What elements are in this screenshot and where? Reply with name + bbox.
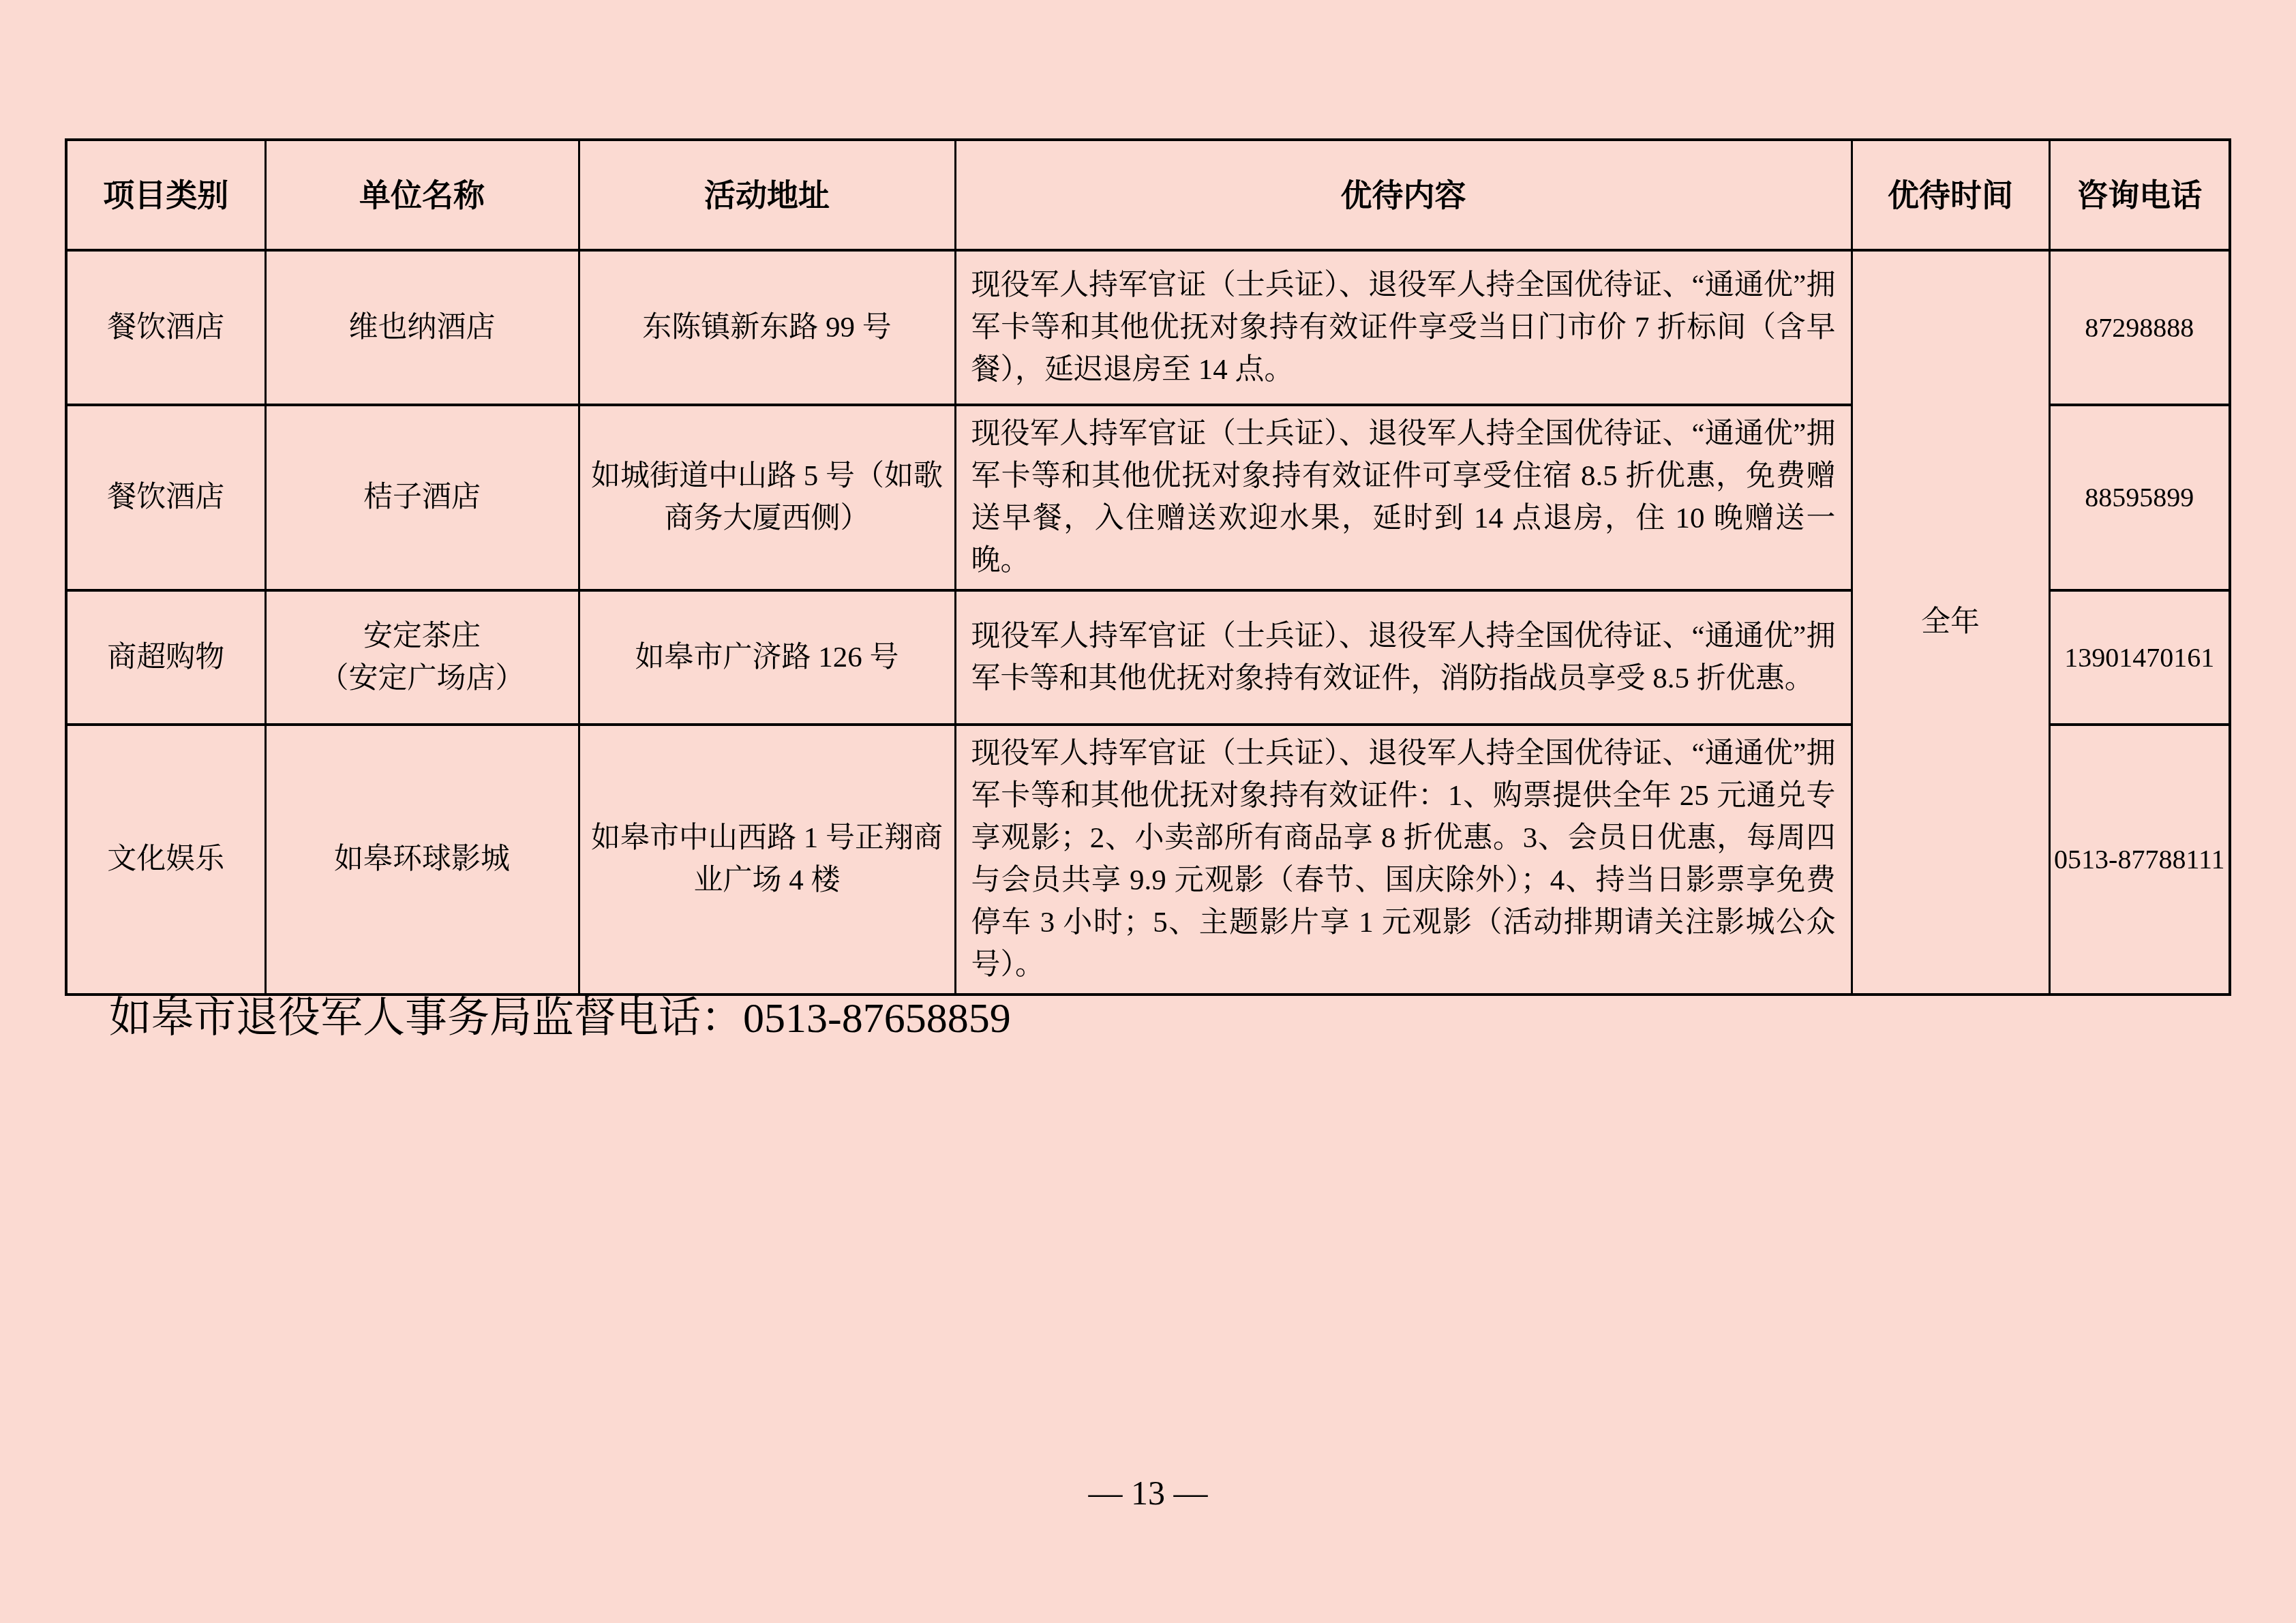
cell-phone: 88595899	[2049, 405, 2230, 590]
header-phone: 咨询电话	[2049, 140, 2230, 250]
header-benefit: 优待内容	[955, 140, 1852, 250]
cell-unit-name: 维也纳酒店	[265, 250, 579, 405]
benefits-table: 项目类别 单位名称 活动地址 优待内容 优待时间 咨询电话 餐饮酒店 维也纳酒店…	[65, 138, 2231, 996]
cell-benefit: 现役军人持军官证（士兵证）、退役军人持全国优待证、“通通优”拥军卡等和其他优抚对…	[955, 725, 1852, 995]
cell-unit-name: 桔子酒店	[265, 405, 579, 590]
cell-phone: 13901470161	[2049, 590, 2230, 725]
cell-address: 东陈镇新东路 99 号	[579, 250, 955, 405]
unit-name-line2: （安定广场店）	[320, 663, 525, 695]
cell-category: 商超购物	[66, 590, 265, 725]
unit-name-line1: 安定茶庄	[363, 620, 481, 652]
cell-category: 餐饮酒店	[66, 250, 265, 405]
cell-benefit: 现役军人持军官证（士兵证）、退役军人持全国优待证、“通通优”拥军卡等和其他优抚对…	[955, 405, 1852, 590]
cell-address: 如城街道中山路 5 号（如歌商务大厦西侧）	[579, 405, 955, 590]
cell-phone: 0513-87788111	[2049, 725, 2230, 995]
header-time: 优待时间	[1852, 140, 2049, 250]
header-unit-name: 单位名称	[265, 140, 579, 250]
table-row-vienna-hotel: 餐饮酒店 维也纳酒店 东陈镇新东路 99 号 现役军人持军官证（士兵证）、退役军…	[66, 250, 2230, 405]
table-header-row: 项目类别 单位名称 活动地址 优待内容 优待时间 咨询电话	[66, 140, 2230, 250]
cell-category: 文化娱乐	[66, 725, 265, 995]
cell-category: 餐饮酒店	[66, 405, 265, 590]
cell-address: 如皋市广济路 126 号	[579, 590, 955, 725]
cell-time-merged: 全年	[1852, 250, 2049, 995]
cell-address: 如皋市中山西路 1 号正翔商业广场 4 楼	[579, 725, 955, 995]
cell-benefit: 现役军人持军官证（士兵证）、退役军人持全国优待证、“通通优”拥军卡等和其他优抚对…	[955, 250, 1852, 405]
page-number: — 13 —	[0, 1472, 2296, 1513]
cell-unit-name: 安定茶庄（安定广场店）	[265, 590, 579, 725]
supervision-phone-note: 如皋市退役军人事务局监督电话：0513-87658859	[109, 990, 1011, 1047]
cell-benefit: 现役军人持军官证（士兵证）、退役军人持全国优待证、“通通优”拥军卡等和其他优抚对…	[955, 590, 1852, 725]
document-page: { "page": { "background_color": "#fbdad2…	[0, 0, 2296, 1623]
header-category: 项目类别	[66, 140, 265, 250]
header-address: 活动地址	[579, 140, 955, 250]
cell-unit-name: 如皋环球影城	[265, 725, 579, 995]
cell-phone: 87298888	[2049, 250, 2230, 405]
